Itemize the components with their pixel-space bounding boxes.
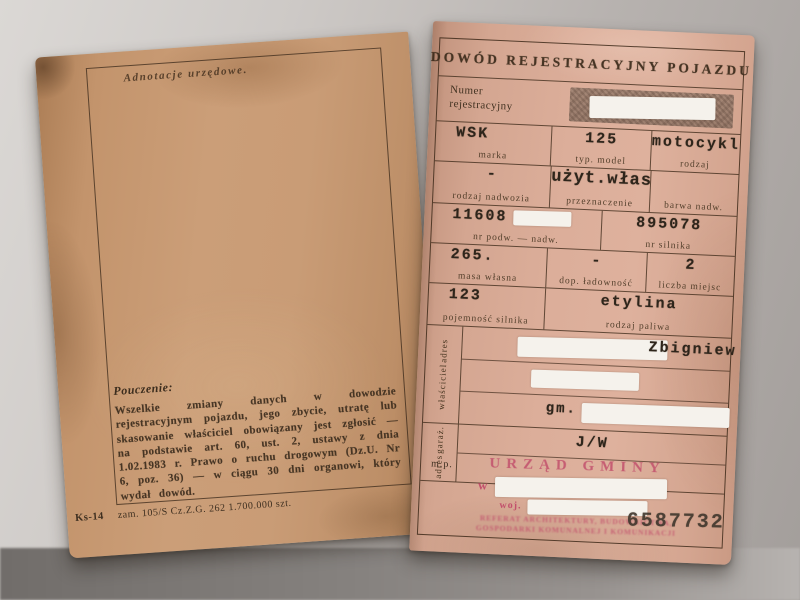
redaction-bar [517, 337, 667, 361]
right-page: DOWÓD REJESTRACYJNY POJAZDU Numer rejest… [409, 21, 755, 565]
field-masa-wlasna-value: 265. [430, 243, 547, 267]
left-page: Adnotacje urzędowe. Pouczenie: Wszelkie … [35, 32, 443, 559]
notice-body: Wszelkie zmiany danych w dowodzie rejest… [114, 384, 402, 504]
field-nr-podw: 11608 nr podw. — nadw. [431, 203, 603, 250]
field-masa-wlasna: 265. masa własna [429, 243, 548, 287]
field-marka-value: WSK [436, 121, 552, 145]
field-nr-silnika: 895078 nr silnika [601, 211, 737, 256]
print-imprint: Ks-14zam. 105/S Cz.Z.G. 262 1.700.000 sz… [75, 498, 292, 524]
field-typ-model: 125 typ. model [551, 127, 652, 170]
document-title: DOWÓD REJESTRACYJNY POJAZDU [431, 48, 753, 79]
official-annotations-box: Adnotacje urzędowe. Pouczenie: Wszelkie … [86, 47, 412, 505]
field-rodzaj-value: motocykl [652, 131, 741, 154]
field-rodzaj: motocykl rodzaj [651, 131, 741, 174]
owner-lines: Zbigniew gm. [459, 327, 731, 436]
field-pojemnosc: 123 pojemność silnika [427, 283, 546, 329]
field-pojemnosc-value: 123 [428, 283, 545, 307]
redaction-bar [589, 96, 715, 120]
annotations-header: Adnotacje urzędowe. [123, 64, 248, 85]
redaction-bar [495, 477, 667, 499]
field-typ-model-value: 125 [552, 127, 651, 150]
notice-section: Pouczenie: Wszelkie zmiany danych w dowo… [113, 364, 403, 503]
owner-section: właściciel adres Zbigniew gm. [423, 325, 731, 437]
field-przeznaczenie-value: użyt.włas [551, 165, 651, 190]
form-code: Ks-14 [75, 511, 104, 524]
field-rodzaj-nadwozia-value: - [434, 161, 551, 185]
owner-vertical-label-col: właściciel adres [423, 325, 463, 424]
field-barwa-nadw: barwa nadw. [650, 171, 739, 216]
field-dop-ladownosc-value: - [547, 248, 647, 271]
owner-section-label: właściciel adres [423, 325, 462, 423]
redaction-bar [581, 403, 730, 428]
photo-of-registration-booklet: Adnotacje urzędowe. Pouczenie: Wszelkie … [0, 0, 800, 600]
field-rodzaj-nadwozia: - rodzaj nadwozia [433, 161, 552, 207]
redaction-bar [513, 210, 571, 227]
redaction-bar [531, 369, 640, 390]
registration-number-label: Numer rejestracyjny [449, 83, 514, 114]
document-serial-number: 6587732 [626, 509, 724, 534]
field-dop-ladownosc: - dop. ładowność [546, 248, 648, 291]
field-liczba-miejsc: 2 liczba miejsc [646, 253, 735, 296]
field-rodzaj-paliwa: etylina rodzaj paliwa [544, 288, 733, 337]
field-przeznaczenie: użyt.włas przeznaczenie [550, 166, 652, 211]
field-marka: WSK marka [435, 121, 553, 165]
field-liczba-miejsc-value: 2 [647, 253, 735, 276]
gmina-prefix: gm. [545, 401, 577, 418]
